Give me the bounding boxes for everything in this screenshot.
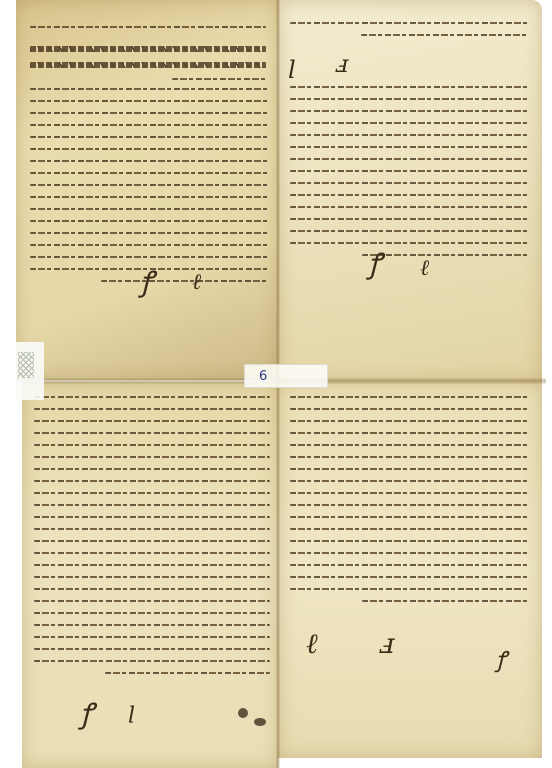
text-block-bottom-right <box>290 396 530 612</box>
ink-stain <box>238 708 248 718</box>
signature: ℓ <box>192 272 201 294</box>
signature: ꝭ <box>140 268 153 296</box>
text-block-top-right-header <box>290 22 528 46</box>
folio-label: 6 <box>244 364 328 388</box>
signature: ꞁ <box>288 52 296 76</box>
text-block-top-left-body <box>30 88 268 292</box>
signature: ⅎ <box>380 630 394 658</box>
text-block-top-left <box>30 26 266 94</box>
ink-stain <box>254 718 266 726</box>
folio-number: 6 <box>259 369 267 384</box>
signature: ꝭ <box>80 700 93 728</box>
signature: ꝭ <box>496 650 506 672</box>
text-block-top-right-body <box>290 86 530 266</box>
signature: ℓ <box>306 630 318 658</box>
signature: ⅎ <box>336 52 348 76</box>
signature: ꝭ <box>368 250 381 278</box>
signature: ꞁ <box>128 700 135 722</box>
tape-pattern <box>18 352 34 378</box>
text-block-bottom-left <box>34 396 270 684</box>
signature: ℓ <box>420 258 429 280</box>
